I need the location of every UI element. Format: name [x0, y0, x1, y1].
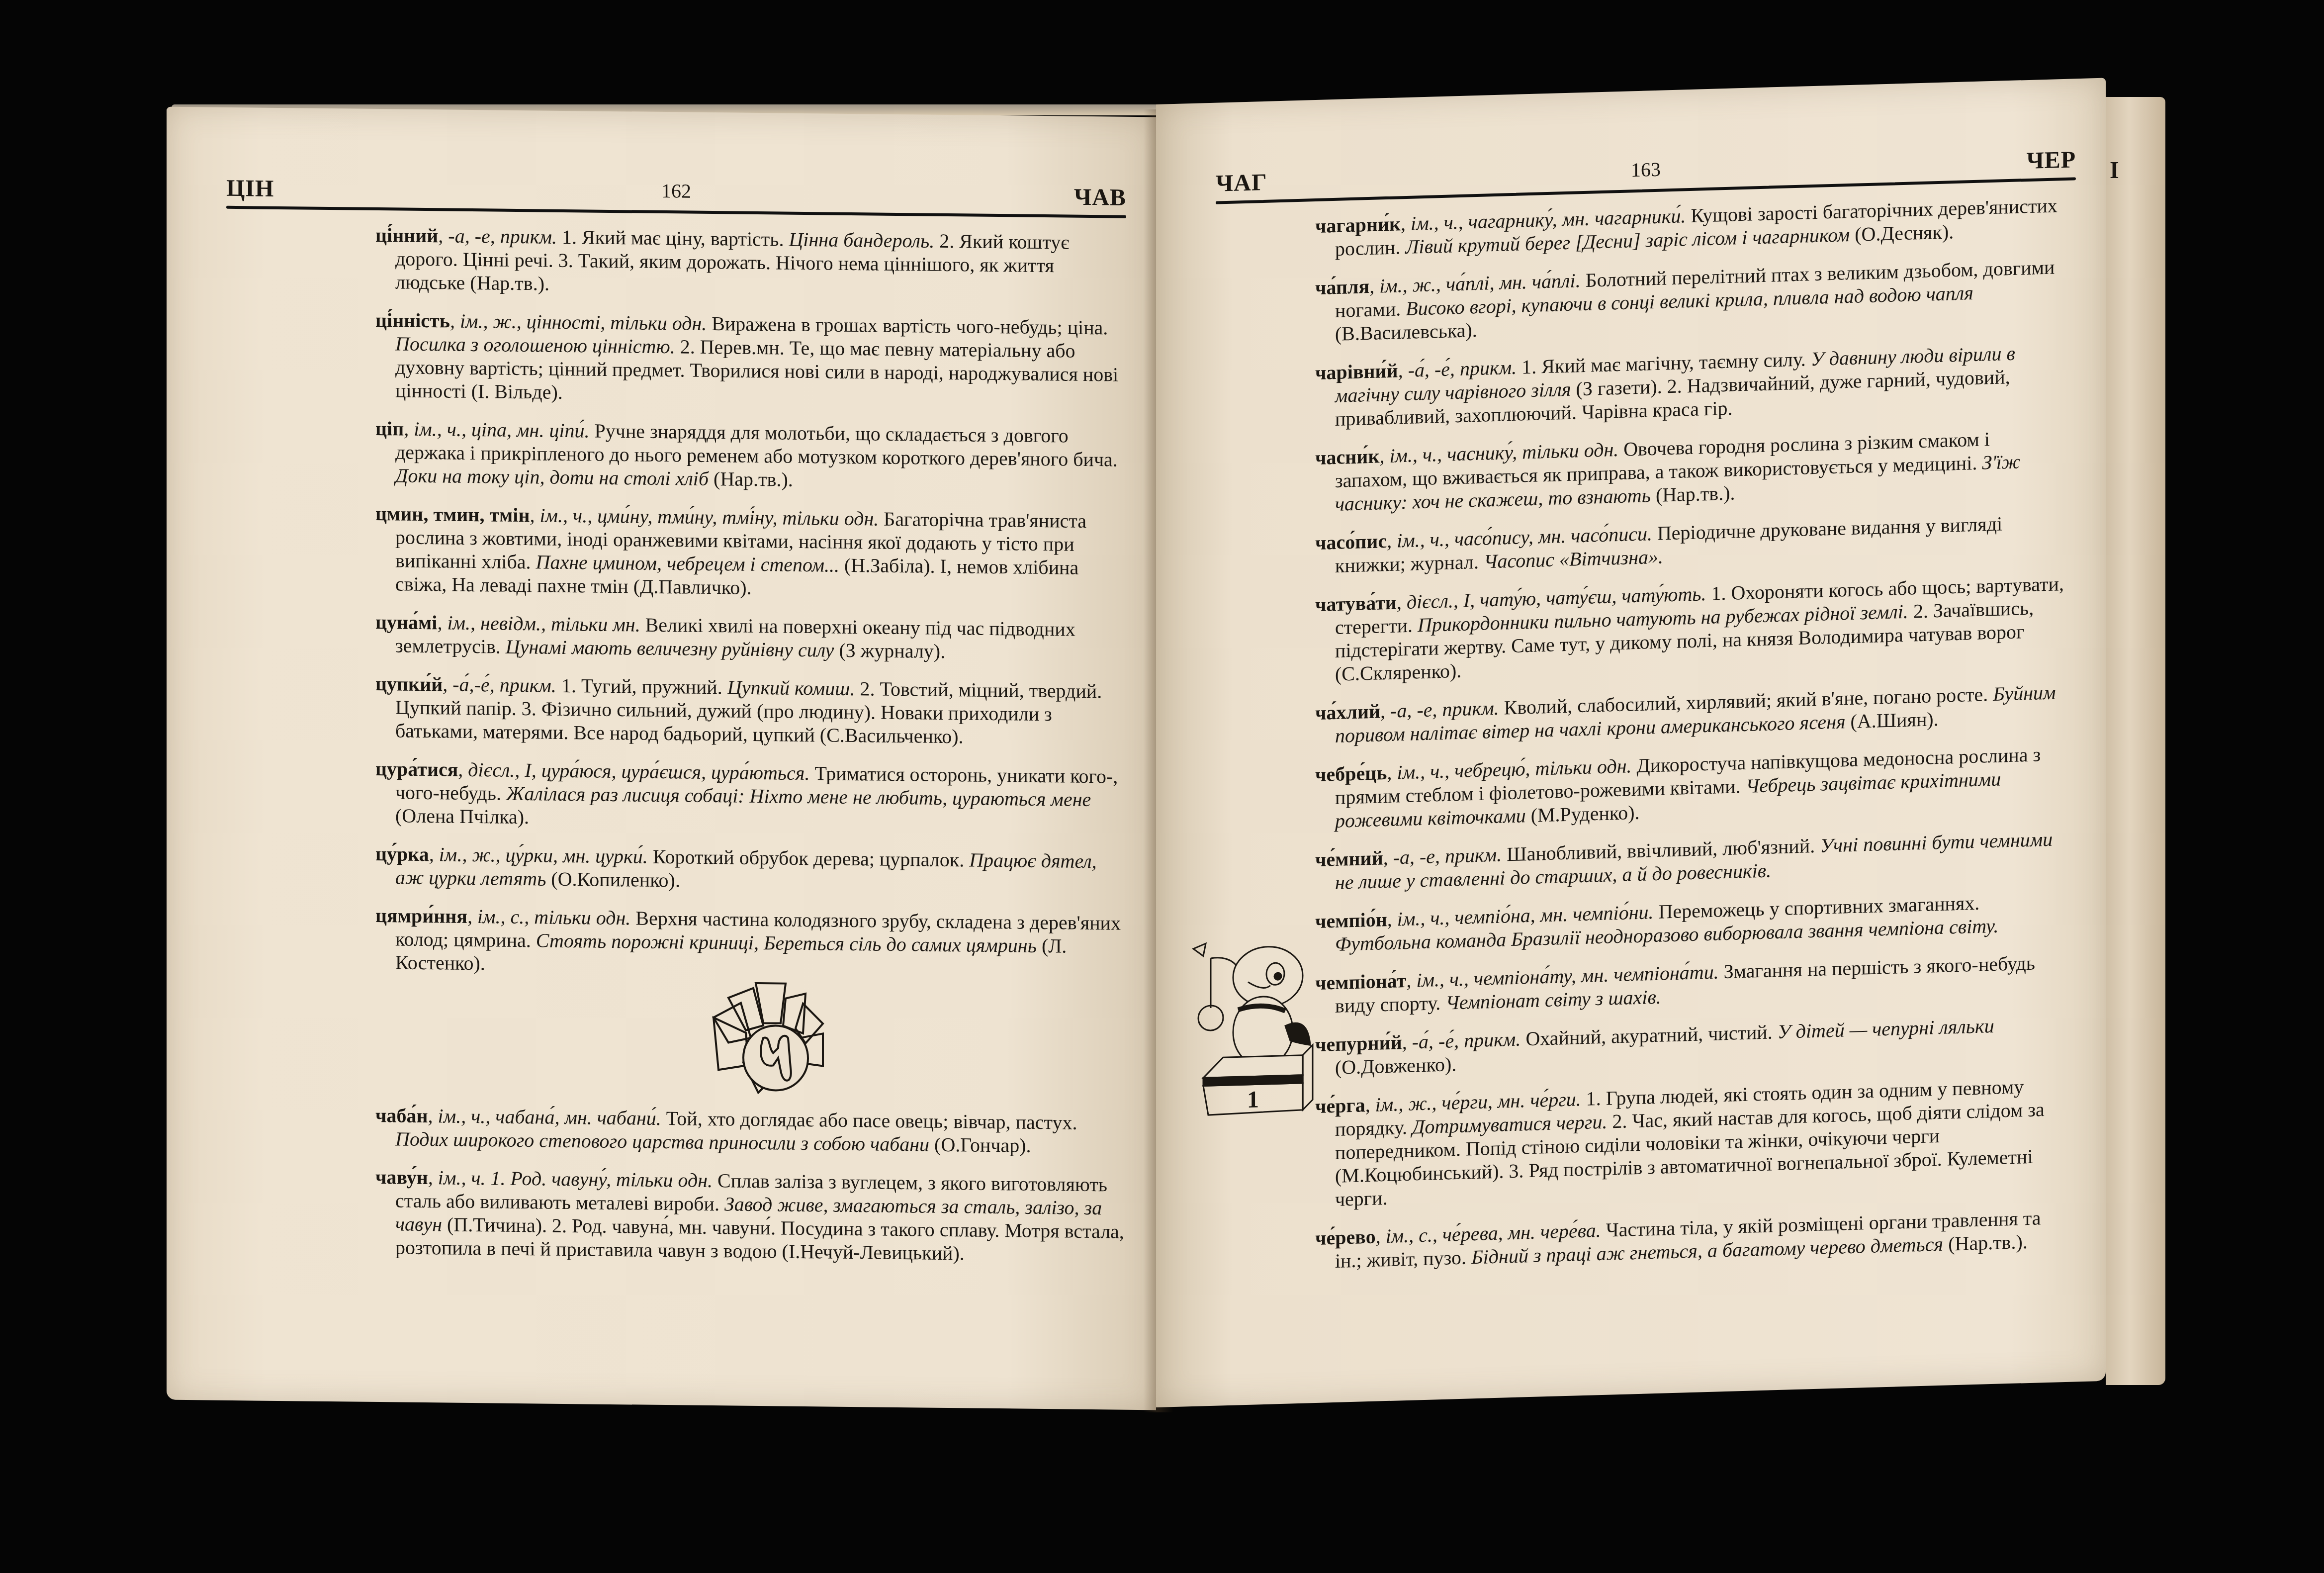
next-page-guide-fragment: І [2110, 157, 2119, 184]
grammar: , ім., ч., цми́ну, тми́ну, тмі́ну, тільк… [530, 504, 879, 530]
dictionary-entry: часни́к, ім., ч., часнику́, тільки одн. … [1315, 425, 2066, 516]
headword: ці́нний [375, 224, 438, 247]
example: У дітей — чепурні ляльки [1778, 1015, 1994, 1043]
dictionary-entry: часо́пис, ім., ч., часо́пису, мн. часо́п… [1315, 510, 2066, 578]
headword: че́рево [1315, 1225, 1376, 1249]
guide-word-right: ЧАВ [1074, 184, 1126, 211]
entry-list: чагарни́к, ім., ч., чагарнику́, мн. чага… [1315, 193, 2066, 1288]
headword: часо́пис [1315, 530, 1387, 554]
dictionary-entry: че́мний, -а, -е, прикм. Шанобливий, ввіч… [1315, 827, 2066, 895]
example: Цупкий комиш. [727, 676, 855, 700]
headword: чаву́н [375, 1166, 428, 1189]
dictionary-entry: цмин, тмин, тмін, ім., ч., цми́ну, тми́н… [375, 502, 1126, 603]
letter-che-emblem-icon [699, 978, 848, 1109]
dictionary-entry: ці́нність, ім., ж., цінності, тільки одн… [375, 308, 1126, 410]
headword: цуна́мі [375, 611, 437, 634]
grammar: , ім., ж., цінності, тільки одн. [450, 310, 707, 335]
dictionary-entry: чагарни́к, ім., ч., чагарнику́, мн. чага… [1315, 193, 2066, 261]
dictionary-entry: цу́рка, ім., ж., цу́рки, мн. цурки́. Кор… [375, 842, 1126, 897]
definition-rest: (Нар.тв.). [1943, 1230, 2028, 1255]
dictionary-entry: ці́нний, -а, -е, прикм. 1. Який має ціну… [375, 223, 1126, 301]
definition-rest: (Олена Пчілка). [395, 804, 529, 828]
grammar: , -а́, -е́, прикм. [1398, 356, 1517, 382]
definition: Короткий обрубок дерева; цурпалок. [648, 845, 969, 871]
headword: цура́тися [375, 757, 458, 781]
example: Жалілася раз лисиця собаці: Ніхто мене н… [506, 782, 1091, 811]
page-number: 162 [661, 179, 691, 203]
definition-rest: (В.Василевська). [1335, 319, 1477, 345]
entry-list-che: чаба́н, ім., ч., чабана́, мн. чабани́. Т… [375, 1104, 1126, 1282]
entry-list: ці́нний, -а, -е, прикм. 1. Який має ціну… [375, 223, 1126, 997]
headword: чаба́н [375, 1104, 428, 1127]
definition-rest: (О.Копиленко). [546, 868, 680, 892]
grammar: , ім., ч., чабана́, мн. чабани́. [428, 1105, 661, 1129]
dictionary-entry: чемпіо́н, ім., ч., чемпіо́на, мн. чемпіо… [1315, 889, 2066, 956]
dictionary-entry: ціп, ім., ч., ціпа, мн. ціпи́. Ручне зна… [375, 417, 1126, 495]
grammar: , -а, -е, прикм. [1380, 697, 1499, 723]
example: Стоять порожні криниці, Береться сіль до… [536, 929, 1037, 957]
dictionary-entry: чепурни́й, -а́, -е́, прикм. Охайний, аку… [1315, 1012, 2066, 1080]
grammar: , -а, -е, прикм. [1383, 843, 1502, 869]
definition-rest: (О.Довженко). [1335, 1053, 1456, 1079]
guide-word-left: ЦІН [226, 175, 274, 202]
example: Пахне цмином, чебрецем і степом... [536, 551, 840, 576]
left-page: ЦІН 162 ЧАВ ці́нний, -а, -е, прикм. 1. Я… [167, 107, 1156, 1410]
grammar: , ім., ж., цу́рки, мн. цурки́. [429, 843, 648, 868]
dictionary-entry: цура́тися, дієсл., І, цура́юся, цура́єшс… [375, 757, 1126, 835]
guide-word-left: ЧАГ [1216, 169, 1267, 197]
headword: ча́хлий [1315, 700, 1380, 724]
guide-word-right: ЧЕР [2026, 146, 2076, 175]
headword: цмин, тмин, тмін [375, 502, 530, 526]
example: Подих широкого степового царства приноси… [395, 1127, 929, 1155]
definition: 1. Який має ціну, вартість. [557, 226, 789, 251]
dictionary-entry: че́рга, ім., ж., че́рги, мн. че́рги. 1. … [1315, 1074, 2066, 1211]
example: Часопис «Вітчизна». [1484, 546, 1663, 573]
headword: ча́пля [1315, 275, 1369, 299]
grammar: , ім., ч., чемпіона́ту, мн. чемпіона́ти. [1406, 960, 1718, 992]
grammar: , ім., с., тільки одн. [467, 905, 630, 929]
example: Цунамі мають величезну руйнівну силу [506, 636, 834, 661]
svg-text:1: 1 [1247, 1086, 1259, 1113]
example: Посилка з оголошеною цінністю. [395, 332, 675, 358]
definition-rest: (О.Гончар). [929, 1133, 1031, 1157]
definition-rest: (А.Шиян). [1846, 708, 1939, 733]
champion-mascot-icon: 1 [1183, 925, 1333, 1118]
definition: Той, хто доглядає або пасе овець; вівчар… [661, 1107, 1077, 1134]
headword: цу́рка [375, 842, 429, 865]
dictionary-entry: чемпіона́т, ім., ч., чемпіона́ту, мн. че… [1315, 950, 2066, 1018]
dictionary-entry: чебре́ць, ім., ч., чебрецю́, тільки одн.… [1315, 742, 2066, 833]
grammar: , ім., ч., ціпа, мн. ціпи́. [404, 418, 589, 442]
grammar: , -а, -е, прикм. [438, 224, 557, 248]
grammar: , ім., невідм., тільки мн. [437, 611, 640, 636]
dictionary-entry: чарівни́й, -а́, -е́, прикм. 1. Який має … [1315, 340, 2066, 431]
definition-rest: (Нар.тв.). [1651, 481, 1735, 506]
grammar: , -а́,-е́, прикм. [443, 673, 556, 696]
grammar: , ім., ч. 1. Род. чавуну́, тільки одн. [428, 1166, 713, 1192]
headword: чарівни́й [1315, 359, 1398, 384]
definition: 1. Тугий, пружний. [556, 674, 727, 699]
page-number: 163 [1631, 158, 1661, 182]
definition: Охайний, акуратний, чистий. [1520, 1020, 1777, 1050]
definition-rest: (П.Тичина). 2. Род. чавуна́, мн. чавуни́… [395, 1213, 1124, 1264]
headword: цямри́ння [375, 904, 467, 927]
grammar: , дієсл., І, цура́юся, цура́єшся, цура́ю… [458, 758, 809, 784]
dictionary-entry: ча́пля, ім., ж., ча́плі, мн. ча́плі. Бол… [1315, 255, 2066, 346]
headword: чатува́ти [1315, 591, 1397, 616]
definition: Виражена в грошах вартість чого-небудь; … [707, 312, 1108, 339]
dictionary-entry: цуна́мі, ім., невідм., тільки мн. Великі… [375, 610, 1126, 665]
right-page: ЧАГ 163 ЧЕР чагарни́к, ім., ч., чагарник… [1156, 78, 2106, 1407]
dictionary-entry: ча́хлий, -а, -е, прикм. Кволий, слабосил… [1315, 680, 2066, 748]
headword: чагарни́к [1315, 212, 1401, 237]
definition: Шанобливий, ввічливий, люб'язний. [1502, 834, 1820, 866]
example: Доки на току ціп, доти на столі хліб [395, 464, 709, 490]
example: Цінна бандероль. [789, 228, 934, 252]
headword: чебре́ць [1315, 761, 1387, 786]
dictionary-entry: цямри́ння, ім., с., тільки одн. Верхня ч… [375, 904, 1126, 982]
definition-rest: (Нар.тв.). [709, 467, 793, 491]
headword: часни́к [1315, 445, 1379, 469]
definition-rest: (З журналу). [834, 639, 945, 662]
headword: цупки́й [375, 672, 443, 695]
headword: ціп [375, 417, 404, 440]
example: Чемпіонат світу з шахів. [1445, 986, 1661, 1014]
headword: ці́нність [375, 309, 450, 332]
definition-rest: (О.Десняк). [1850, 220, 1954, 246]
example: Дотримуватися черги. [1412, 1110, 1607, 1138]
dictionary-entry: чаву́н, ім., ч. 1. Род. чавуну́, тільки … [375, 1165, 1126, 1267]
headword: че́мний [1315, 846, 1383, 871]
definition-rest: (М.Руденко). [1526, 801, 1640, 827]
dictionary-entry: цупки́й, -а́,-е́, прикм. 1. Тугий, пружн… [375, 672, 1126, 750]
open-book: ЦІН 162 ЧАВ ці́нний, -а, -е, прикм. 1. Я… [0, 0, 2324, 1573]
dictionary-entry: че́рево, ім., с., че́рева, мн. чере́ва. … [1315, 1205, 2066, 1273]
grammar: , -а́, -е́, прикм. [1402, 1028, 1521, 1054]
dictionary-entry: чаба́н, ім., ч., чабана́, мн. чабани́. Т… [375, 1104, 1126, 1158]
next-page-edge: І [2106, 97, 2165, 1385]
dictionary-entry: чатува́ти, дієсл., І, чату́ю, чату́єш, ч… [1315, 572, 2066, 686]
